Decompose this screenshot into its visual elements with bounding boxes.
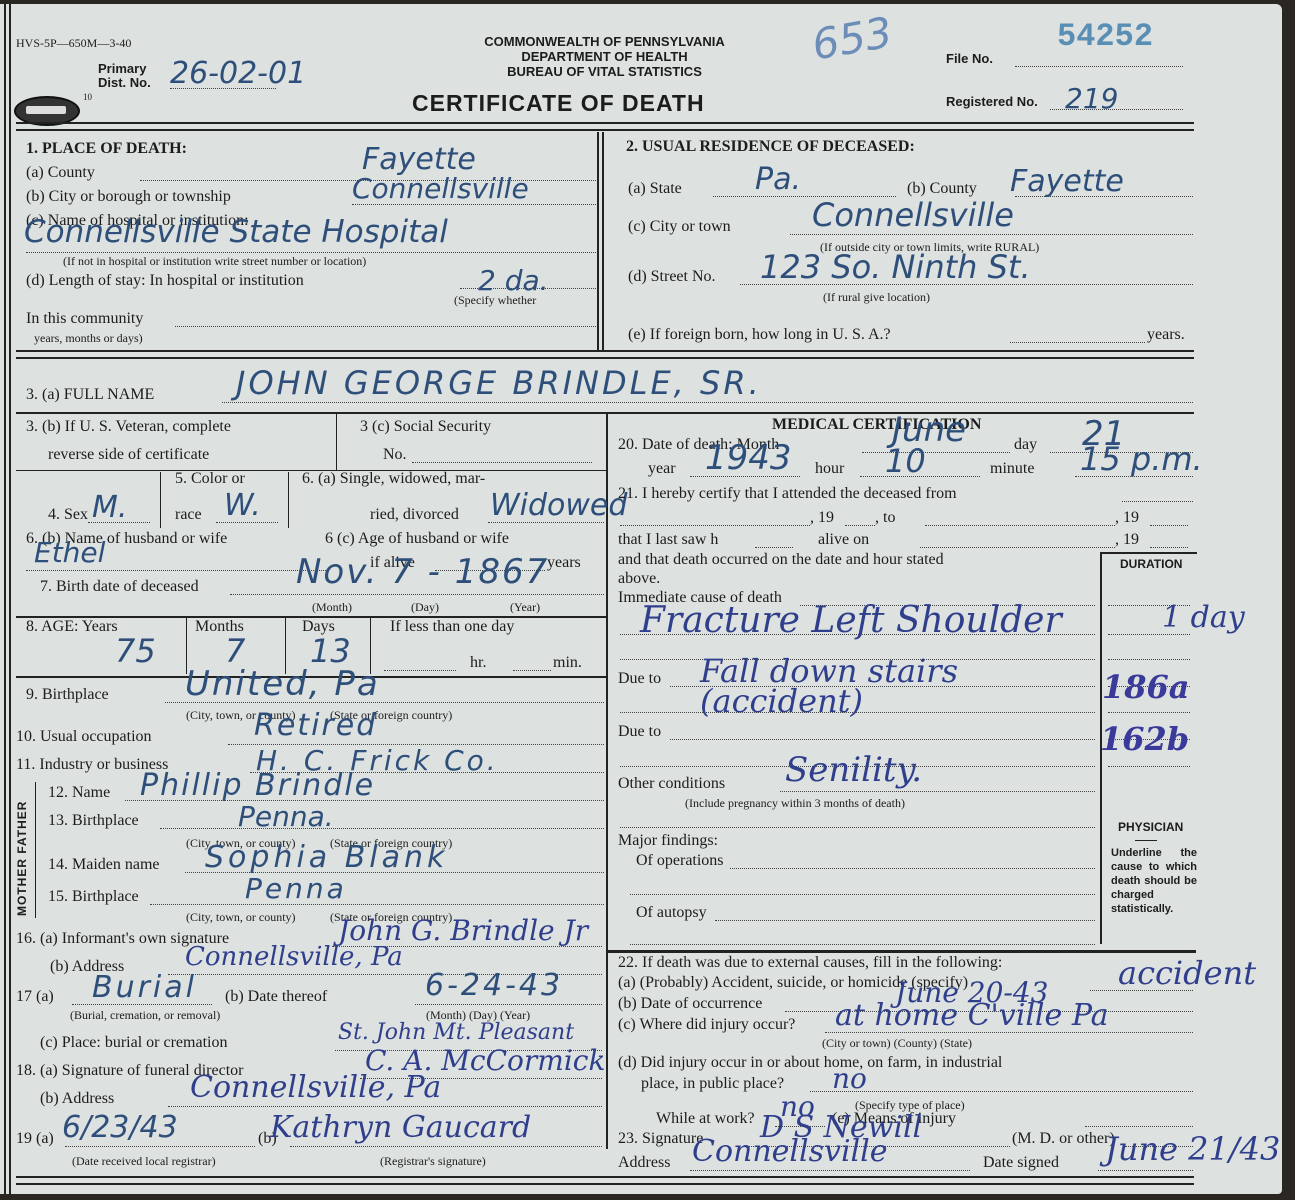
due-line-2 — [670, 739, 1095, 740]
section-divider-1 — [597, 132, 599, 350]
funeral-address-value: Connellsville, Pa — [190, 1070, 441, 1105]
immediate-cause-value: Fracture Left Shoulder — [640, 600, 1062, 641]
death-minute-value: 15 p.m. — [1080, 440, 1203, 478]
father-name-value: Phillip Brindle — [140, 768, 375, 803]
disposition-label: 17 (a) — [16, 988, 54, 1006]
certify-year-3 — [1150, 547, 1188, 548]
operations-line — [730, 868, 1095, 869]
due-to-value-1: Fall down stairs (accident) — [700, 656, 1130, 716]
physician-note: Underline the cause to which death shoul… — [1111, 846, 1197, 916]
certify-line-3b: alive on — [818, 531, 869, 549]
external-d-label-1: (d) Did injury occur in or about home, o… — [618, 1054, 1002, 1072]
full-name-line — [222, 402, 1193, 403]
ssn-label-1: 3 (c) Social Security — [360, 418, 491, 436]
age-label: 8. AGE: Years — [26, 618, 118, 636]
marital-label-1: 6. (a) Single, widowed, mar- — [302, 470, 485, 488]
duration-heading: DURATION — [1120, 557, 1182, 571]
residence-city-value: Connellsville — [812, 196, 1014, 234]
color-label-2: race — [175, 506, 202, 524]
agency-block: COMMONWEALTH OF PENNSYLVANIA DEPARTMENT … — [452, 34, 757, 79]
birthplace-label: 9. Birthplace — [26, 686, 109, 704]
foreign-suffix: years. — [1147, 326, 1185, 344]
other-conditions-label: Other conditions — [618, 775, 725, 793]
autopsy-line — [715, 920, 1095, 921]
death-year-value: 1943 — [705, 438, 792, 478]
due-to-label-1: Due to — [618, 670, 661, 688]
spouse-age-suffix: years — [547, 554, 581, 572]
footer-divider — [16, 1176, 1194, 1185]
signature-label: 23. Signature — [618, 1130, 703, 1148]
stay-note: (Specify whether — [454, 293, 536, 308]
due-to-code-1: 186a — [1102, 668, 1190, 706]
mother-birthplace-value: Penna — [245, 872, 347, 905]
certify-start-line — [620, 525, 810, 526]
means-line — [1085, 1126, 1193, 1127]
community-line — [175, 326, 596, 327]
birth-year-caption: (Year) — [510, 600, 540, 615]
file-no-label: File No. — [946, 51, 993, 66]
certify-h-line — [755, 547, 793, 548]
dist-no-label: Dist. No. — [98, 76, 151, 90]
physician-rule — [1135, 840, 1157, 841]
age-hr-label: hr. — [470, 654, 486, 672]
disposition-caption: (Burial, cremation, or removal) — [70, 1008, 220, 1023]
father-birthplace-line — [160, 828, 604, 829]
mother-city-caption: (City, town, or county) — [186, 910, 296, 925]
disposition-date-label: (b) Date thereof — [225, 988, 327, 1006]
registrar-signature: Kathryn Gaucard — [270, 1110, 531, 1145]
due-to-code-2: 162b — [1100, 720, 1189, 758]
divider-3 — [16, 412, 1194, 414]
residence-heading: 2. USUAL RESIDENCE OF DECEASED: — [626, 138, 915, 156]
stay-label: (d) Length of stay: In hospital or insti… — [26, 272, 304, 290]
city-label: (b) City or borough or township — [26, 188, 231, 206]
agency-line-2: DEPARTMENT OF HEALTH — [452, 49, 757, 64]
certify-from-line — [1122, 501, 1193, 502]
hospital-line — [26, 252, 596, 253]
other-conditions-value: Senility. — [785, 750, 922, 790]
agency-line-3: BUREAU OF VITAL STATISTICS — [452, 64, 757, 79]
divider-7 — [606, 950, 1196, 953]
street-note: (If rural give location) — [823, 290, 930, 305]
mother-side-text: MOTHER — [15, 858, 29, 916]
community-note: years, months or days) — [34, 331, 143, 346]
mother-side-label: MOTHER FATHER — [15, 801, 29, 916]
minute-label: minute — [990, 460, 1034, 478]
date-signed-value: June 21/43 — [1105, 1130, 1280, 1168]
primary-dist-value: 26-02-01 — [170, 56, 306, 91]
registrar-date-line — [65, 1146, 255, 1147]
left-border-inner — [9, 4, 11, 1194]
occupation-value: Retired — [254, 708, 377, 743]
certify-line-2c: , 19 — [1115, 509, 1139, 527]
mother-name-label: 14. Maiden name — [48, 856, 160, 874]
street-label: (d) Street No. — [628, 268, 716, 286]
file-no-value: 54252 — [1057, 18, 1153, 55]
mother-name-value: Sophia Blank — [205, 840, 448, 875]
birthplace-value: United, Pa — [185, 664, 380, 704]
veteran-label-2: reverse side of certificate — [48, 446, 209, 464]
certify-line-2b: , to — [875, 509, 895, 527]
burial-place-value: St. John Mt. Pleasant — [338, 1020, 574, 1045]
marital-value: Widowed — [490, 488, 627, 523]
autopsy-label: Of autopsy — [636, 904, 707, 922]
birth-date-label: 7. Birth date of deceased — [40, 578, 199, 596]
disposition-date-line — [415, 1004, 602, 1005]
street-value: 123 So. Ninth St. — [760, 248, 1031, 286]
form-code: HVS-5P—650M—3-40 — [16, 36, 131, 51]
sex-value: M. — [92, 490, 127, 525]
age-label-text: 8. AGE: Years — [26, 618, 118, 635]
hospital-value: Connellsville State Hospital — [24, 214, 448, 250]
age-less-label: If less than one day — [390, 618, 514, 636]
father-name-label: 12. Name — [48, 784, 110, 802]
age-min-label: min. — [553, 654, 582, 672]
margin-note: 653 — [808, 7, 895, 69]
age-hr-line — [384, 670, 456, 671]
death-hour-value: 10 — [885, 442, 926, 480]
registrar-date-caption: (Date received local registrar) — [72, 1154, 216, 1169]
res-city-label: (c) City or town — [628, 218, 731, 236]
foreign-line — [1010, 342, 1145, 343]
address-label: Address — [618, 1154, 670, 1172]
informant-address-value: Connellsville, Pa — [185, 942, 403, 972]
marital-label-2: ried, divorced — [370, 506, 459, 524]
physician-heading: PHYSICIAN — [1118, 820, 1183, 834]
hour-label: hour — [815, 460, 844, 478]
father-side-text: FATHER — [15, 801, 29, 854]
work-label: While at work? — [656, 1110, 755, 1128]
full-name-label: 3. (a) FULL NAME — [26, 386, 154, 404]
community-label: In this community — [26, 310, 143, 328]
certify-year-2 — [1150, 525, 1188, 526]
registrar-label-a: 19 (a) — [16, 1130, 54, 1148]
signature-suffix: (M. D. or other) — [1012, 1130, 1115, 1148]
external-c-label: (c) Where did injury occur? — [618, 1016, 795, 1034]
external-d-line — [810, 1091, 1193, 1092]
disposition-date-value: 6-24-43 — [425, 968, 563, 1003]
parent-brace — [35, 782, 42, 918]
date-signed-label: Date signed — [983, 1154, 1059, 1172]
other-line — [780, 791, 1095, 792]
certify-line-2a: , 19 — [810, 509, 834, 527]
certify-line-4: and that death occurred on the date and … — [618, 551, 944, 569]
other-note: (Include pregnancy within 3 months of de… — [685, 796, 905, 811]
registrar-date-value: 6/23/43 — [62, 1110, 178, 1145]
death-certificate: HVS-5P—650M—3-40 Primary Dist. No. 26-02… — [0, 4, 1282, 1194]
external-heading: 22. If death was due to external causes,… — [618, 954, 1002, 972]
address-line — [690, 1170, 970, 1171]
external-c-caption: (City or town) (County) (State) — [822, 1036, 972, 1051]
birth-date-line — [230, 594, 604, 595]
disposition-value: Burial — [92, 970, 197, 1005]
vet-divider — [336, 414, 337, 470]
county-label: (a) County — [26, 164, 95, 182]
registrar-sig-caption: (Registrar's signature) — [380, 1154, 486, 1169]
certify-line-5: above. — [618, 570, 660, 588]
agency-line-1: COMMONWEALTH OF PENNSYLVANIA — [452, 34, 757, 49]
operations-line-2 — [630, 894, 1095, 895]
hospital-note: (If not in hospital or institution write… — [63, 254, 366, 269]
race-value: W. — [224, 488, 261, 523]
ssn-label-2: No. — [383, 446, 407, 464]
autopsy-line-2 — [630, 944, 1095, 945]
spouse-value: Ethel — [34, 536, 105, 569]
operations-label: Of operations — [636, 852, 724, 870]
seal-number: 10 — [83, 92, 92, 102]
certify-line-1: 21. I hereby certify that I attended the… — [618, 485, 957, 503]
certify-line-3c: , 19 — [1115, 531, 1139, 549]
certify-alive-line — [920, 547, 1115, 548]
external-b-label: (b) Date of occurrence — [618, 995, 762, 1013]
age-years-value: 75 — [115, 632, 156, 670]
immediate-duration-value: 1 day — [1162, 600, 1245, 635]
spouse-age-label: 6 (c) Age of husband or wife — [325, 530, 509, 548]
sex-label: 4. Sex — [48, 506, 88, 524]
primary-label: Primary — [98, 62, 151, 76]
ssn-line — [412, 462, 592, 463]
residence-state-value: Pa. — [755, 162, 801, 197]
physician-address-value: Connellsville — [692, 1134, 887, 1169]
section-divider-1b — [602, 132, 604, 350]
center-divider — [606, 414, 608, 1149]
state-label: (a) State — [628, 180, 682, 198]
birth-date-value: Nov. 7 - 1867 — [296, 552, 549, 592]
death-city-value: Connellsville — [352, 172, 529, 205]
due-to-label-2: Due to — [618, 723, 661, 741]
external-c-value: at home C'ville Pa — [835, 998, 1109, 1033]
sex-divider — [160, 472, 161, 528]
foreign-label: (e) If foreign born, how long in U. S. A… — [628, 326, 891, 344]
race-divider — [288, 472, 289, 528]
other-line-2 — [620, 827, 1095, 828]
funeral-address-line — [168, 1106, 602, 1107]
page-title: CERTIFICATE OF DEATH — [412, 90, 705, 117]
certify-year-1 — [845, 525, 875, 526]
age-min-line — [513, 670, 551, 671]
father-birthplace-value: Penna. — [238, 800, 334, 833]
year-label: year — [648, 460, 676, 478]
occupation-label: 10. Usual occupation — [16, 728, 152, 746]
birth-day-caption: (Day) — [411, 600, 439, 615]
color-label-1: 5. Color or — [175, 470, 245, 488]
certify-end-line — [925, 525, 1115, 526]
primary-dist-label: Primary Dist. No. — [98, 62, 151, 90]
registered-no-label: Registered No. — [946, 94, 1038, 109]
date-signed-line — [1098, 1170, 1193, 1171]
header-divider — [16, 122, 1194, 131]
father-birthplace-label: 13. Birthplace — [48, 812, 139, 830]
divider-2 — [16, 350, 1194, 359]
left-border — [4, 4, 6, 1194]
external-a-value: accident — [1118, 954, 1256, 992]
registrar-sig-line — [290, 1146, 602, 1147]
certify-line-3a: that I last saw h — [618, 531, 718, 549]
funeral-address-label: (b) Address — [40, 1090, 114, 1108]
spouse-line — [26, 570, 326, 571]
full-name-label-text: 3. (a) FULL NAME — [26, 386, 154, 403]
day-label: day — [1014, 436, 1037, 454]
mother-birthplace-label: 15. Birthplace — [48, 888, 139, 906]
due-dur-line-2b — [1108, 766, 1190, 767]
mother-birthplace-line — [150, 904, 604, 905]
full-name-value: JOHN GEORGE BRINDLE, SR. — [236, 364, 762, 402]
burial-place-label: (c) Place: burial or cremation — [40, 1034, 227, 1052]
veteran-label-1: 3. (b) If U. S. Veteran, complete — [26, 418, 231, 436]
major-findings-label: Major findings: — [618, 832, 718, 850]
external-d-label-2: place, in public place? — [641, 1075, 784, 1093]
file-no-line — [1015, 66, 1183, 67]
res-city-line — [790, 234, 1193, 235]
place-of-death-heading: 1. PLACE OF DEATH: — [26, 140, 187, 158]
registered-no-value: 219 — [1065, 82, 1118, 115]
external-d-value: no — [832, 1062, 867, 1095]
residence-county-value: Fayette — [1010, 164, 1124, 199]
birth-month-caption: (Month) — [312, 600, 352, 615]
